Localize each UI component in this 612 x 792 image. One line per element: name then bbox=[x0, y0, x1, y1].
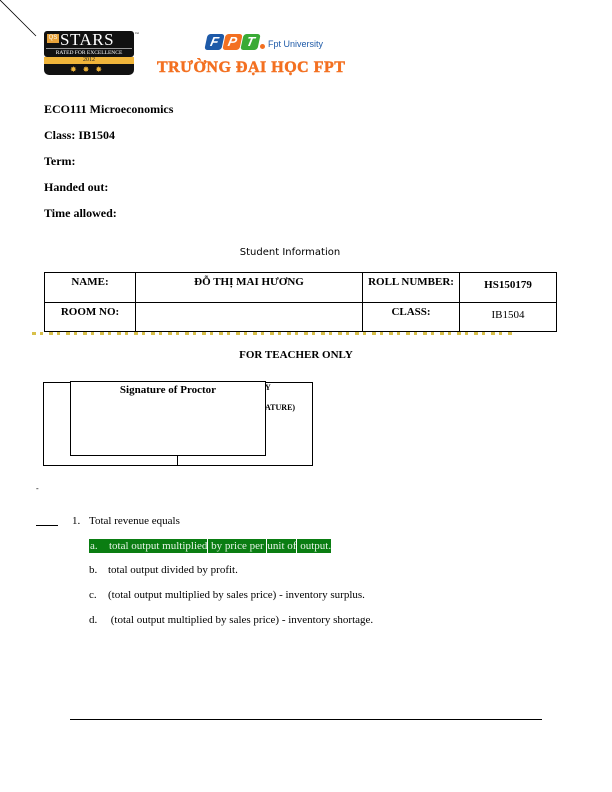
option-text: output. bbox=[297, 540, 331, 552]
option-label: b. bbox=[89, 564, 108, 576]
option-label: d. bbox=[89, 614, 108, 626]
room-no-value bbox=[136, 303, 363, 332]
handed-out-line: Handed out: bbox=[44, 180, 108, 195]
answer-blank[interactable] bbox=[36, 525, 58, 526]
option-a-selected[interactable]: a.total output multiplied by price per u… bbox=[89, 539, 331, 553]
stars-wordmark: STARS bbox=[60, 31, 114, 49]
time-allowed-line: Time allowed: bbox=[44, 206, 117, 221]
question-number: 1. bbox=[72, 515, 80, 527]
name-label: NAME: bbox=[45, 273, 136, 303]
student-info-table: NAME: ĐỖ THỊ MAI HƯƠNG ROLL NUMBER: HS15… bbox=[44, 272, 557, 332]
fpt-university-label: Fpt University bbox=[268, 39, 323, 49]
university-name-vn: TRƯỜNG ĐẠI HỌC FPT bbox=[157, 59, 345, 77]
hidden-signature-fragment: ATURE) bbox=[265, 403, 295, 412]
corner-crop-mark bbox=[0, 0, 50, 40]
course-title: ECO111 Microeconomics bbox=[44, 102, 173, 117]
option-text: (total output multiplied by sales price)… bbox=[108, 589, 365, 601]
question-text: Total revenue equals bbox=[89, 515, 180, 527]
teacher-box-divider bbox=[177, 455, 178, 465]
fpt-logo: FPT bbox=[206, 33, 260, 51]
class-label: CLASS: bbox=[363, 303, 460, 332]
stars-year: 2012 bbox=[44, 57, 134, 64]
option-text: total output multiplied bbox=[109, 540, 207, 552]
class-value: IB1504 bbox=[460, 303, 557, 332]
stars-tagline: RATED FOR EXCELLENCE bbox=[46, 48, 132, 57]
footer-rule bbox=[70, 719, 542, 720]
qs-stars-logo: QS STARS RATED FOR EXCELLENCE 2012 ✸✸✸ bbox=[44, 31, 134, 76]
proctor-signature-box[interactable]: Signature of Proctor bbox=[70, 381, 266, 456]
option-label: c. bbox=[89, 589, 108, 601]
fpt-dot-icon bbox=[260, 44, 265, 49]
term-line: Term: bbox=[44, 154, 76, 169]
option-text: unit of bbox=[267, 540, 296, 552]
option-text: by price per bbox=[208, 540, 266, 552]
option-text: total output divided by profit. bbox=[108, 564, 238, 576]
dash-mark: - bbox=[36, 484, 39, 493]
option-d[interactable]: d. (total output multiplied by sales pri… bbox=[89, 614, 373, 626]
student-info-heading: Student Information bbox=[0, 247, 580, 258]
fpt-letter-t: T bbox=[240, 34, 260, 50]
proctor-signature-label: Signature of Proctor bbox=[71, 384, 265, 396]
option-c[interactable]: c.(total output multiplied by sales pric… bbox=[89, 589, 365, 601]
qs-badge: QS bbox=[47, 34, 59, 43]
trademark-mark: ™ bbox=[135, 31, 139, 36]
class-line: Class: IB1504 bbox=[44, 128, 115, 143]
option-text: (total output multiplied by sales price)… bbox=[108, 614, 373, 626]
fpt-letter-f: F bbox=[204, 34, 224, 50]
star-icons: ✸✸✸ bbox=[44, 64, 134, 75]
name-value: ĐỖ THỊ MAI HƯƠNG bbox=[136, 273, 363, 303]
teacher-only-heading: FOR TEACHER ONLY bbox=[0, 349, 592, 361]
cut-divider bbox=[32, 332, 512, 335]
room-no-label: ROOM NO: bbox=[45, 303, 136, 332]
roll-number-value: HS150179 bbox=[460, 273, 557, 303]
option-b[interactable]: b.total output divided by profit. bbox=[89, 564, 238, 576]
option-label: a. bbox=[90, 539, 109, 553]
roll-number-label: ROLL NUMBER: bbox=[363, 273, 460, 303]
fpt-letter-p: P bbox=[222, 34, 242, 50]
